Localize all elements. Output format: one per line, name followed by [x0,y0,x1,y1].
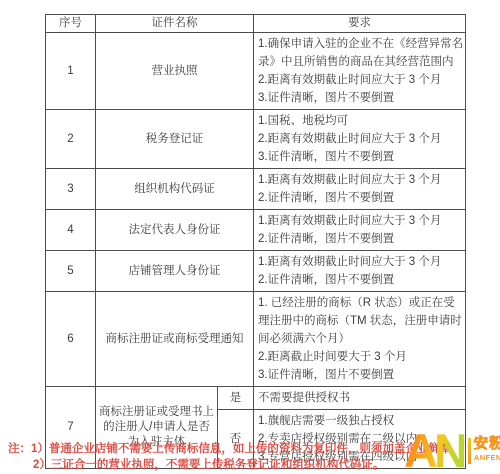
yes-label-cell: 是 [218,387,254,410]
table-row: 4 法定代表人身份证 1.距离有效期截止时间应大于 3 个月 2.证件清晰，图片… [46,210,466,251]
watermark-divider [468,438,471,464]
requirement-line: 2.证件清晰，图片不要倒置 [258,271,464,289]
footnote-text: 2）三证合一的营业执照，不需要上传税务登记证和组织机构代码证。 [33,459,384,471]
certificate-name: 营业执照 [96,33,254,110]
requirement-line: 2.距离截止时间要大于 3 个月 [258,348,464,366]
table-row: 7 商标注册证或受理书上的注册人/申请人是否为入驻主体 是 不需要提供授权书 [46,387,466,410]
footnote-text: 1）普通企业店铺不需要上传商标信息，如上传的资料为复印件，则须加盖企业鲜章 [31,443,451,455]
header-requirement: 要求 [254,15,466,33]
requirement-cell: 1.确保申请入驻的企业不在《经营异常名录》中且所销售的商品在其经营范围内 2.距… [254,33,466,110]
certificate-name: 商标注册证或商标受理通知 [96,292,254,387]
row-index: 3 [46,169,96,210]
table-row: 5 店铺管理人身份证 1.距离有效期截止时间应大于 3 个月 2.证件清晰，图片… [46,251,466,292]
requirement-line: 3.证件清晰，图片不要倒置 [258,366,464,384]
watermark-text-block: 安粉丝 ANFENSI.COM [474,436,500,462]
row-index: 6 [46,292,96,387]
row-index: 4 [46,210,96,251]
certificate-requirements-table: 序号 证件名称 要求 1 营业执照 1.确保申请入驻的企业不在《经营异常名录》中… [45,14,466,469]
header-name: 证件名称 [96,15,254,33]
row-index: 2 [46,110,96,169]
requirement-cell: 1. 已经注册的商标（R 状态）或正在受理注册中的商标（TM 状态，注册申请时间… [254,292,466,387]
requirement-line: 1.确保申请入驻的企业不在《经营异常名录》中且所销售的商品在其经营范围内 [258,35,464,71]
requirement-line: 1. 已经注册的商标（R 状态）或正在受理注册中的商标（TM 状态，注册申请时间… [258,294,464,348]
requirement-cell: 1.国税、地税均可 2.距离有效期截止时间应大于 3 个月 3.证件清晰，图片不… [254,110,466,169]
table-row: 2 税务登记证 1.国税、地税均可 2.距离有效期截止时间应大于 3 个月 3.… [46,110,466,169]
certificate-name: 税务登记证 [96,110,254,169]
requirement-line: 2.距离有效期截止时间应大于 3 个月 [258,71,464,89]
row-index: 5 [46,251,96,292]
anfensi-site-url: ANFENSI.COM [474,453,500,462]
requirement-cell: 不需要提供授权书 [254,387,466,410]
requirement-line: 3.证件清晰，图片不要倒置 [258,148,464,166]
table-row: 6 商标注册证或商标受理通知 1. 已经注册的商标（R 状态）或正在受理注册中的… [46,292,466,387]
table-row: 3 组织机构代码证 1.距离有效期截止时间应大于 3 个月 2.证件清晰，图片不… [46,169,466,210]
certificate-name: 法定代表人身份证 [96,210,254,251]
anfensi-watermark: AN 安粉丝 ANFENSI.COM [404,430,500,472]
header-index: 序号 [46,15,96,33]
certificate-name: 店铺管理人身份证 [96,251,254,292]
requirement-line: 3.证件清晰，图片不要倒置 [258,89,464,107]
requirement-line: 1.国税、地税均可 [258,112,464,130]
table-header-row: 序号 证件名称 要求 [46,15,466,33]
certificate-name: 组织机构代码证 [96,169,254,210]
requirement-line: 2.距离有效期截止时间应大于 3 个月 [258,130,464,148]
requirement-line: 2.证件清晰，图片不要倒置 [258,189,464,207]
row-index: 1 [46,33,96,110]
document-page: 序号 证件名称 要求 1 营业执照 1.确保申请入驻的企业不在《经营异常名录》中… [0,0,500,474]
requirement-line: 不需要提供授权书 [258,389,464,407]
requirement-line: 1.距离有效期截止时间应大于 3 个月 [258,212,464,230]
requirement-cell: 1.距离有效期截止时间应大于 3 个月 2.证件清晰，图片不要倒置 [254,251,466,292]
table-row: 1 营业执照 1.确保申请入驻的企业不在《经营异常名录》中且所销售的商品在其经营… [46,33,466,110]
requirement-line: 1.距离有效期截止时间应大于 3 个月 [258,171,464,189]
footnote-prefix: 注： [8,443,31,455]
requirement-line: 2.证件清晰，图片不要倒置 [258,230,464,248]
requirement-cell: 1.距离有效期截止时间应大于 3 个月 2.证件清晰，图片不要倒置 [254,169,466,210]
requirement-line: 1.距离有效期截止时间应大于 3 个月 [258,253,464,271]
anfensi-cn-name: 安粉丝 [474,436,500,451]
anfensi-logo-letters: AN [404,430,464,472]
requirement-cell: 1.距离有效期截止时间应大于 3 个月 2.证件清晰，图片不要倒置 [254,210,466,251]
